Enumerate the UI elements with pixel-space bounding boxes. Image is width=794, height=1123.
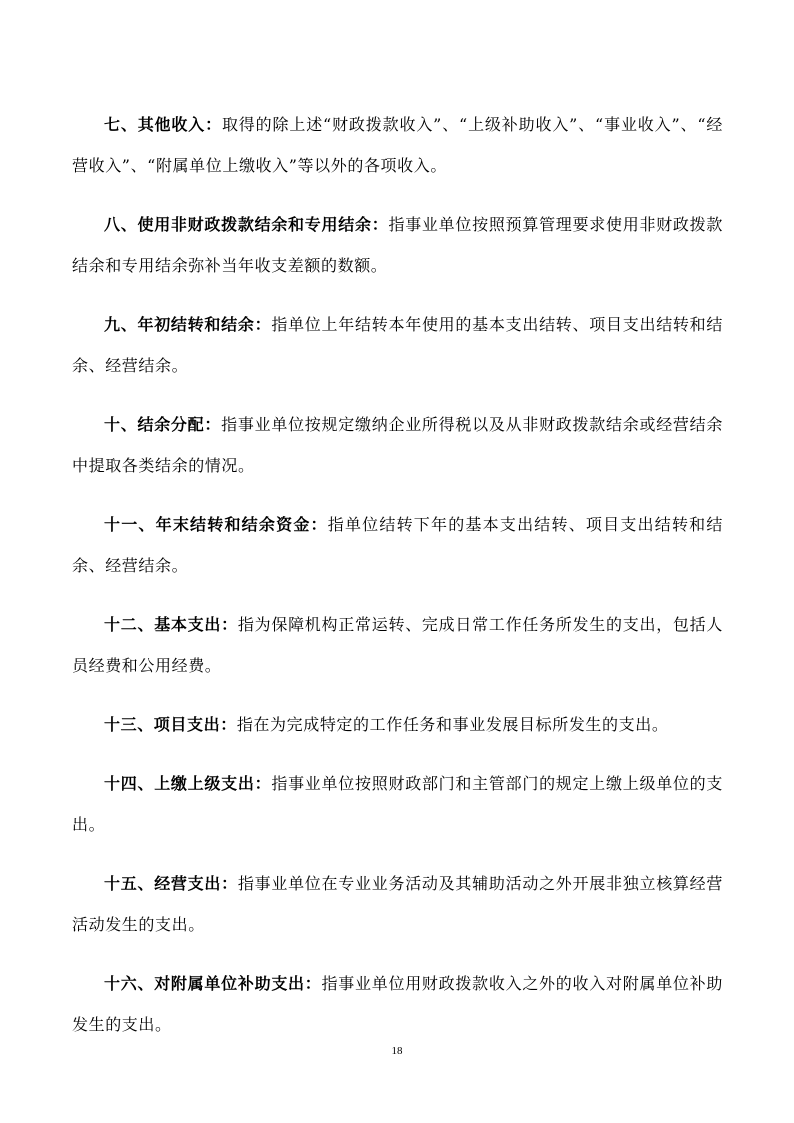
page-number: 18 <box>0 1045 794 1057</box>
term-heading: 八、使用非财政拨款结余和专用结余： <box>104 215 388 234</box>
paragraph-non-fiscal-balance-usage: 八、使用非财政拨款结余和专用结余：指事业单位按照预算管理要求使用非财政拨款结余和… <box>72 204 723 286</box>
term-heading: 十四、上缴上级支出： <box>104 774 271 793</box>
paragraph-operating-expenditure: 十五、经营支出：指事业单位在专业业务活动及其辅助活动之外开展非独立核算经营活动发… <box>72 863 723 945</box>
paragraph-year-end-carryover: 十一、年末结转和结余资金：指单位结转下年的基本支出结转、项目支出结转和结余、经营… <box>72 504 723 586</box>
term-definition: 指在为完成特定的工作任务和事业发展目标所发生的支出。 <box>237 715 669 734</box>
paragraph-beginning-carryover: 九、年初结转和结余：指单位上年结转本年使用的基本支出结转、项目支出结转和结余、经… <box>72 304 723 386</box>
term-heading: 十六、对附属单位补助支出： <box>104 974 322 993</box>
paragraph-balance-distribution: 十、结余分配：指事业单位按规定缴纳企业所得税以及从非财政拨款结余或经营结余中提取… <box>72 404 723 486</box>
term-heading: 十二、基本支出： <box>104 615 238 634</box>
term-heading: 十五、经营支出： <box>104 874 238 893</box>
paragraph-subsidiary-subsidy: 十六、对附属单位补助支出：指事业单位用财政拨款收入之外的收入对附属单位补助发生的… <box>72 963 723 1045</box>
paragraph-other-income: 七、其他收入：取得的除上述“财政拨款收入”、“上级补助收入”、“事业收入”、“经… <box>72 104 723 186</box>
document-page: 七、其他收入：取得的除上述“财政拨款收入”、“上级补助收入”、“事业收入”、“经… <box>72 104 723 1063</box>
paragraph-project-expenditure: 十三、项目支出：指在为完成特定的工作任务和事业发展目标所发生的支出。 <box>72 704 723 745</box>
paragraph-basic-expenditure: 十二、基本支出：指为保障机构正常运转、完成日常工作任务所发生的支出，包括人员经费… <box>72 604 723 686</box>
term-heading: 九、年初结转和结余： <box>104 315 271 334</box>
term-heading: 七、其他收入： <box>104 115 222 134</box>
term-heading: 十三、项目支出： <box>104 715 237 734</box>
paragraph-remittance-to-superior: 十四、上缴上级支出：指事业单位按照财政部门和主管部门的规定上缴上级单位的支出。 <box>72 763 723 845</box>
term-heading: 十一、年末结转和结余资金： <box>104 515 328 534</box>
term-heading: 十、结余分配： <box>104 415 221 434</box>
